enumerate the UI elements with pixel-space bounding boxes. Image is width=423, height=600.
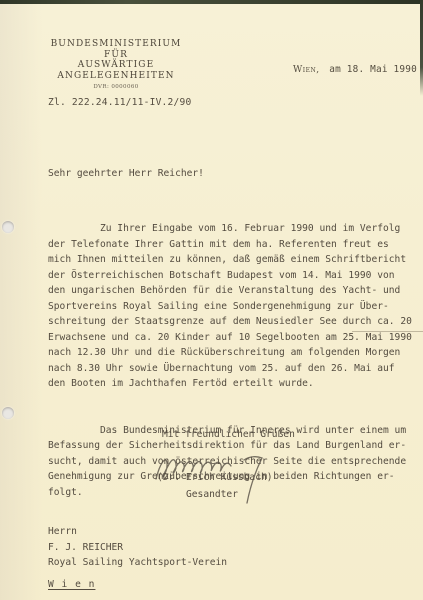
recipient-city: W i e n: [48, 577, 95, 593]
signer-name: (Dr. Erich Kussbach): [157, 470, 273, 486]
scan-line-artifact: [352, 331, 423, 332]
salutation: Sehr geehrter Herr Reicher!: [48, 166, 204, 182]
letterhead-line-2: FÜR: [28, 50, 204, 61]
letterhead-line-1: BUNDESMINISTERIUM: [28, 39, 204, 50]
closing-salute: Mit freundlichen Grüßen: [162, 427, 295, 443]
reference-number: Zl. 222.24.11/11-IV.2/90: [48, 97, 191, 108]
letterhead: BUNDESMINISTERIUM FÜR AUSWÄRTIGE ANGELEG…: [28, 39, 204, 90]
dateline-date: am 18. Mai 1990: [329, 64, 417, 75]
letter-page: BUNDESMINISTERIUM FÜR AUSWÄRTIGE ANGELEG…: [0, 0, 423, 600]
scan-top-edge: [0, 0, 423, 4]
punch-hole-icon: [2, 407, 14, 419]
dvr-number: DVR: 0000060: [28, 84, 204, 90]
signer-title: Gesandter: [186, 487, 238, 503]
recipient-block: Herrn F. J. REICHER Royal Sailing Yachts…: [48, 524, 227, 571]
letterhead-line-3: AUSWÄRTIGE ANGELEGENHEITEN: [28, 60, 204, 81]
dateline-place: Wien,: [293, 65, 320, 75]
punch-hole-icon: [2, 221, 14, 233]
dateline: Wien, am 18. Mai 1990: [293, 57, 418, 76]
paragraph-1: Zu Ihrer Eingabe vom 16. Februar 1990 un…: [48, 221, 414, 392]
